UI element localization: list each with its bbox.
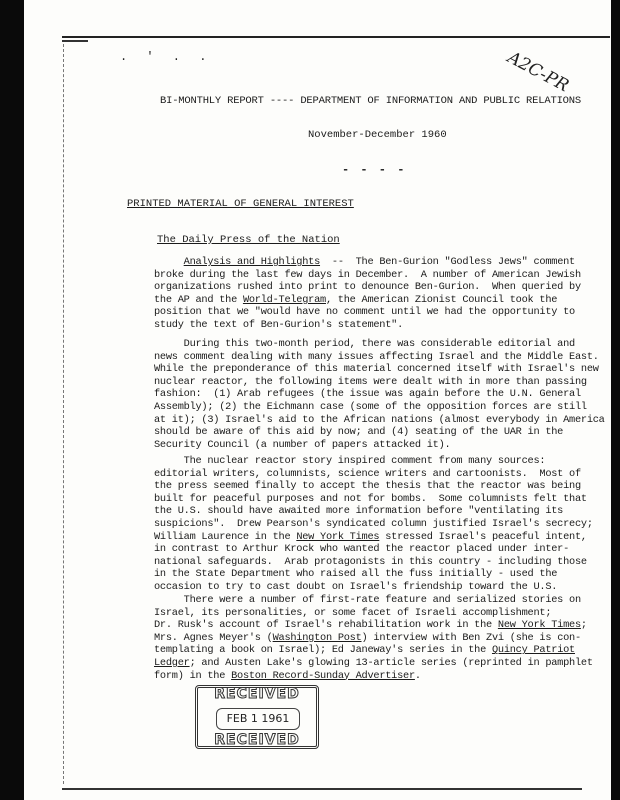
section-heading: PRINTED MATERIAL OF GENERAL INTEREST — [127, 198, 354, 210]
publication-name: Boston Record-Sunday Advertiser — [231, 670, 415, 682]
publication-name: New York Times — [296, 531, 379, 543]
paragraph-period-summary: During this two-month period, there was … — [154, 338, 614, 451]
paragraph-nuclear-reactor: The nuclear reactor story inspired comme… — [154, 455, 614, 594]
report-title: BI-MONTHLY REPORT ---- DEPARTMENT OF INF… — [160, 95, 581, 107]
publication-name: Ledger — [154, 657, 190, 669]
publication-name: World-Telegram — [243, 294, 326, 306]
paragraph-features: There were a number of first-rate featur… — [154, 594, 614, 682]
publication-name: Washington Post — [273, 632, 362, 644]
margin-line — [63, 44, 65, 784]
received-stamp: RECEIVED FEB 1 1961 RECEIVED — [195, 685, 319, 749]
stamp-date: FEB 1 1961 — [216, 708, 300, 730]
bottom-rule — [62, 788, 582, 790]
report-date: November-December 1960 — [308, 129, 447, 141]
stamp-label: RECEIVED — [198, 686, 316, 702]
top-rule-stub — [62, 40, 88, 42]
publication-name: Quincy Patriot — [492, 644, 575, 656]
sub-heading: The Daily Press of the Nation — [157, 234, 340, 246]
margin-marks: . ' . . — [120, 50, 212, 64]
lead-in: Analysis and Highlights — [184, 256, 320, 268]
separator: - - - - — [342, 163, 406, 177]
scan-border-left — [0, 0, 24, 800]
publication-name: New York Times — [498, 619, 581, 631]
paragraph-analysis: Analysis and Highlights -- The Ben-Gurio… — [154, 256, 614, 332]
top-rule — [62, 36, 610, 38]
handwritten-note: A2C-PR — [504, 48, 572, 97]
stamp-label-mirror: RECEIVED — [198, 732, 316, 748]
